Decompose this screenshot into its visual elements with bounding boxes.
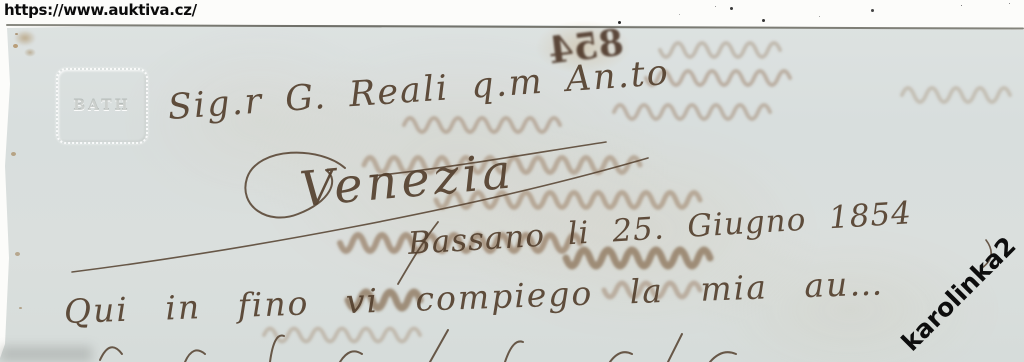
embossed-paper-stamp: BATH (56, 68, 148, 144)
bottom-left-shadow (0, 346, 92, 362)
scanned-letter-image: https://www.auktiva.cz/ BATH 854 Sig. (0, 0, 1024, 362)
site-url-watermark: https://www.auktiva.cz/ (4, 1, 197, 19)
embossed-stamp-text: BATH (73, 98, 131, 114)
dust-specks (618, 21, 621, 24)
edge-foxing-spots (13, 44, 18, 48)
